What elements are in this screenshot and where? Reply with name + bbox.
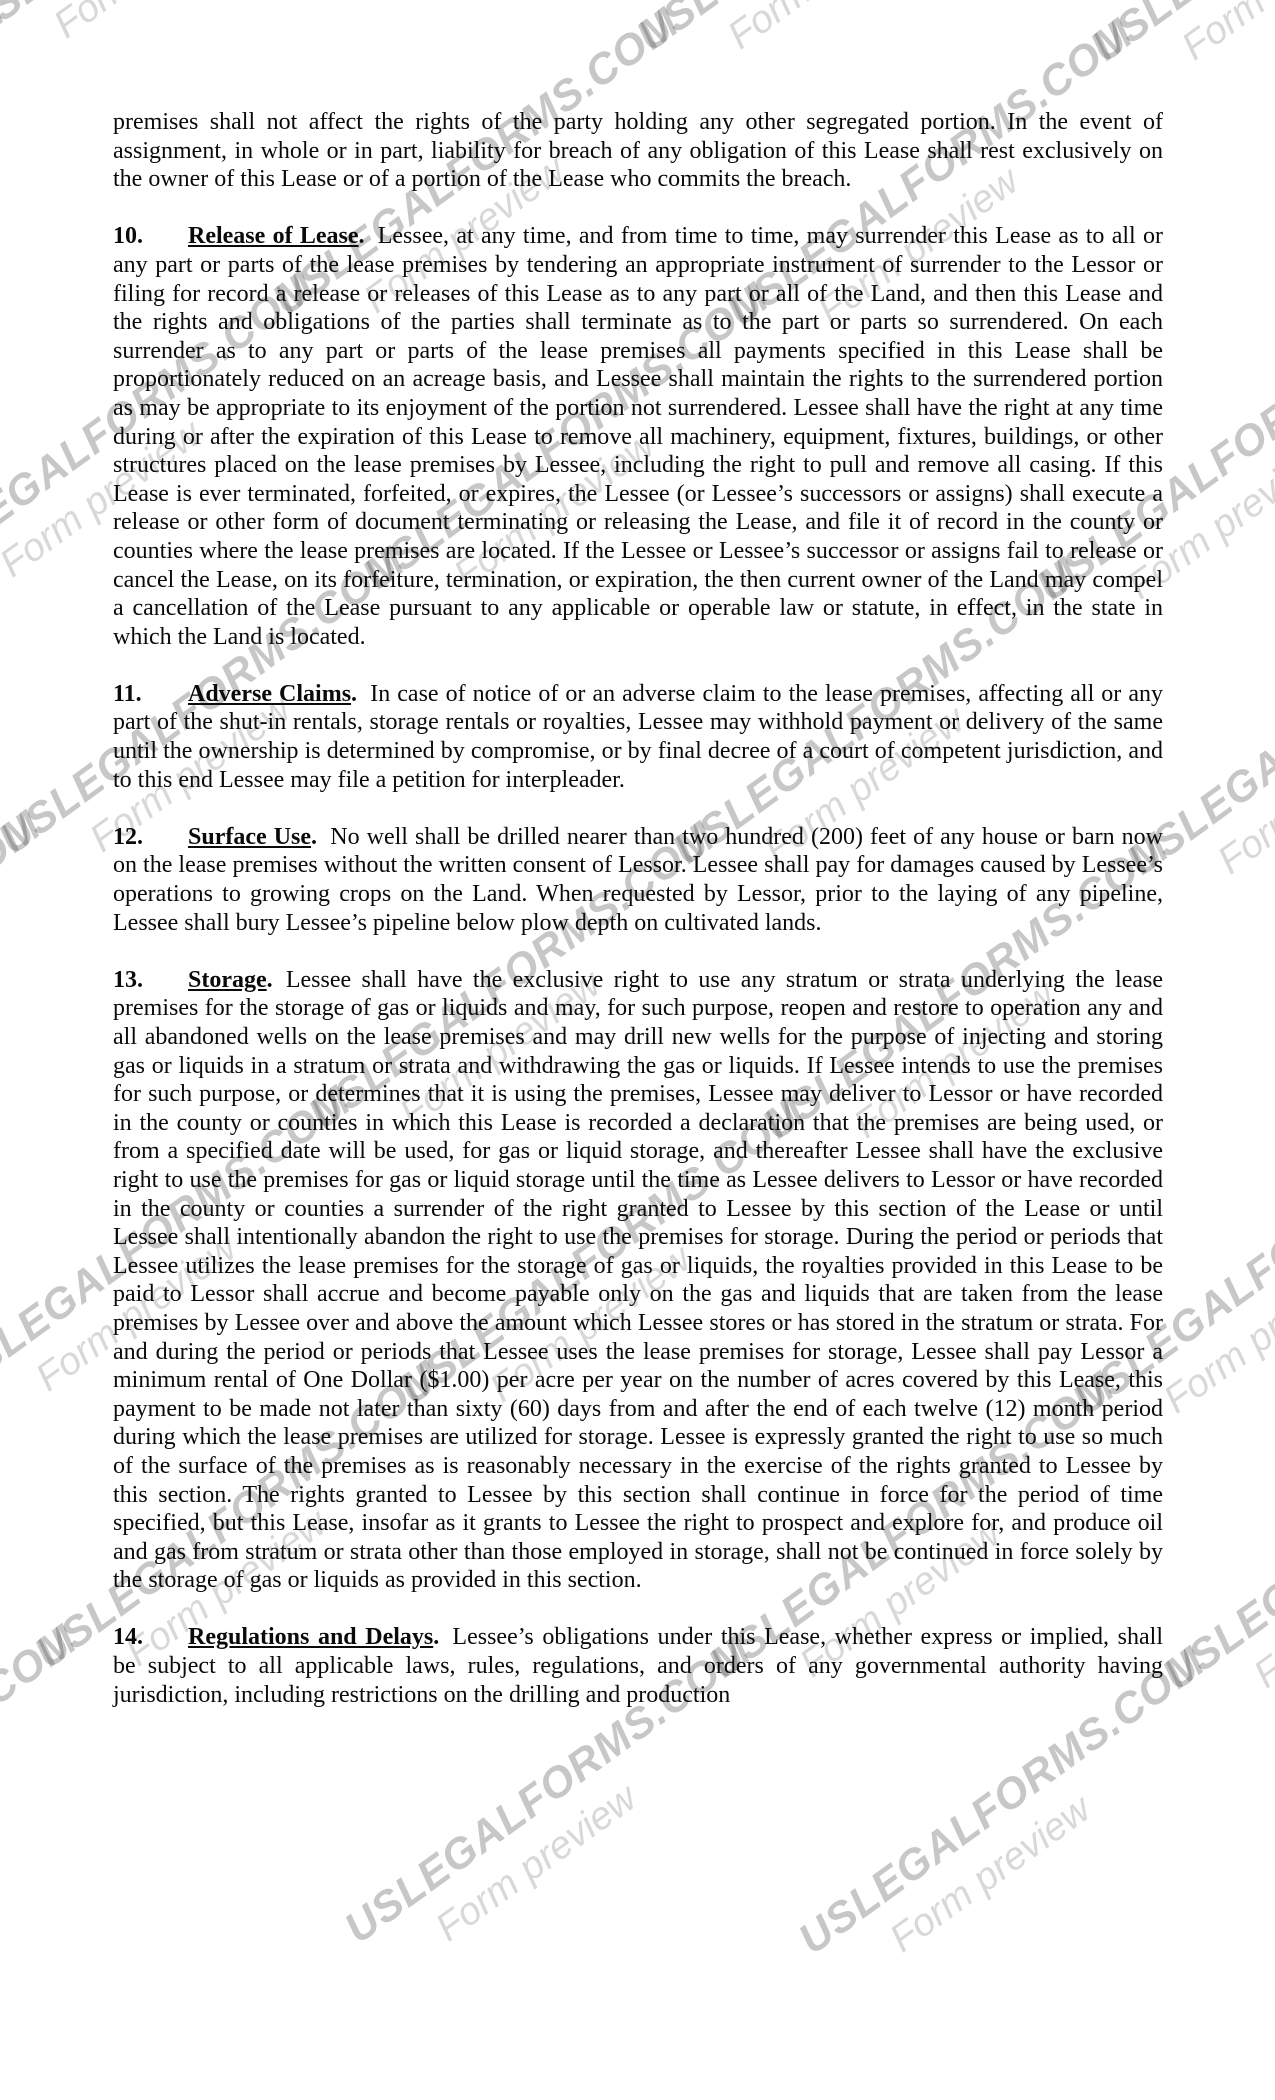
section-title-period: . (267, 967, 273, 993)
section-title: Surface Use (188, 824, 311, 850)
watermark-preview-text: Form preview (46, 0, 408, 48)
section-title-period: . (433, 1624, 439, 1650)
section-number: 10. (113, 222, 188, 251)
section-number: 14. (113, 1623, 188, 1652)
section-number: 12. (113, 823, 188, 852)
section-body: Lessee, at any time, and from time to ti… (113, 223, 1163, 649)
section-title: Release of Lease (188, 223, 359, 249)
watermark-preview-text: Form preview (0, 1385, 26, 1665)
section-paragraph-10: 10.Release of Lease.Lessee, at any time,… (113, 222, 1163, 651)
section-title: Storage (188, 967, 267, 993)
watermark-preview-text: Form preview (720, 0, 1082, 59)
watermark-preview-text: Form preview (428, 1671, 790, 1951)
watermark-pair: USLEGALFORMS.COMForm preview (0, 1341, 26, 1709)
watermark-brand-text: USLEGALFORMS.COM (0, 0, 14, 315)
watermark-preview-text: Form preview (0, 846, 80, 1126)
watermark-pair: USLEGALFORMS.COMForm preview (0, 0, 44, 355)
watermark-preview-text: Form preview (882, 1682, 1244, 1962)
section-paragraph-13: 13.Storage.Lessee shall have the exclusi… (113, 966, 1163, 1595)
watermark-pair: USLEGALFORMS.COMForm preview (628, 0, 1082, 102)
watermark-preview-text: Form preview (1246, 1418, 1275, 1698)
watermark-preview-text: Form preview (0, 1660, 116, 1940)
section-title: Adverse Claims (188, 681, 351, 707)
section-number: 13. (113, 966, 188, 995)
section-body: Lessee shall have the exclusive right to… (113, 967, 1163, 1593)
watermark-pair: USLEGALFORMS.COMForm preview (0, 0, 408, 91)
section-title-period: . (359, 223, 365, 249)
section-paragraph-11: 11.Adverse Claims.In case of notice of o… (113, 680, 1163, 794)
watermark-brand-text: USLEGALFORMS.COM (0, 0, 378, 51)
watermark-pair: USLEGALFORMS.COMForm preview (1082, 0, 1275, 113)
document-page: USLEGALFORMS.COMForm previewUSLEGALFORMS… (0, 0, 1275, 2100)
watermark-preview-text: Form preview (1156, 1143, 1275, 1423)
section-paragraph-14: 14.Regulations and Delays.Lessee’s oblig… (113, 1623, 1163, 1709)
section-title-period: . (311, 824, 317, 850)
watermark-brand-text: USLEGALFORMS.COM (628, 0, 1052, 62)
watermark-preview-text: Form preview (1174, 0, 1275, 70)
section-paragraph-12: 12.Surface Use.No well shall be drilled … (113, 823, 1163, 937)
section-number: 11. (113, 680, 188, 709)
watermark-preview-text: Form preview (0, 32, 44, 312)
watermark-pair: USLEGALFORMS.COMForm preview (0, 802, 80, 1170)
intro-paragraph: premises shall not affect the rights of … (113, 108, 1163, 194)
watermark-brand-text: USLEGALFORMS.COM (1154, 1374, 1275, 1701)
watermark-preview-text: Form preview (1210, 604, 1275, 884)
section-title-period: . (351, 681, 357, 707)
watermark-pair: USLEGALFORMS.COMForm preview (0, 1616, 116, 1984)
watermark-brand-text: USLEGALFORMS.COM (1082, 0, 1275, 73)
watermark-brand-text: USLEGALFORMS.COM (0, 802, 50, 1129)
section-title: Regulations and Delays (188, 1624, 433, 1650)
watermark-pair: USLEGALFORMS.COMForm preview (1154, 1374, 1275, 1742)
document-content: premises shall not affect the rights of … (113, 108, 1163, 1709)
watermark-brand-text: USLEGALFORMS.COM (0, 1616, 86, 1943)
